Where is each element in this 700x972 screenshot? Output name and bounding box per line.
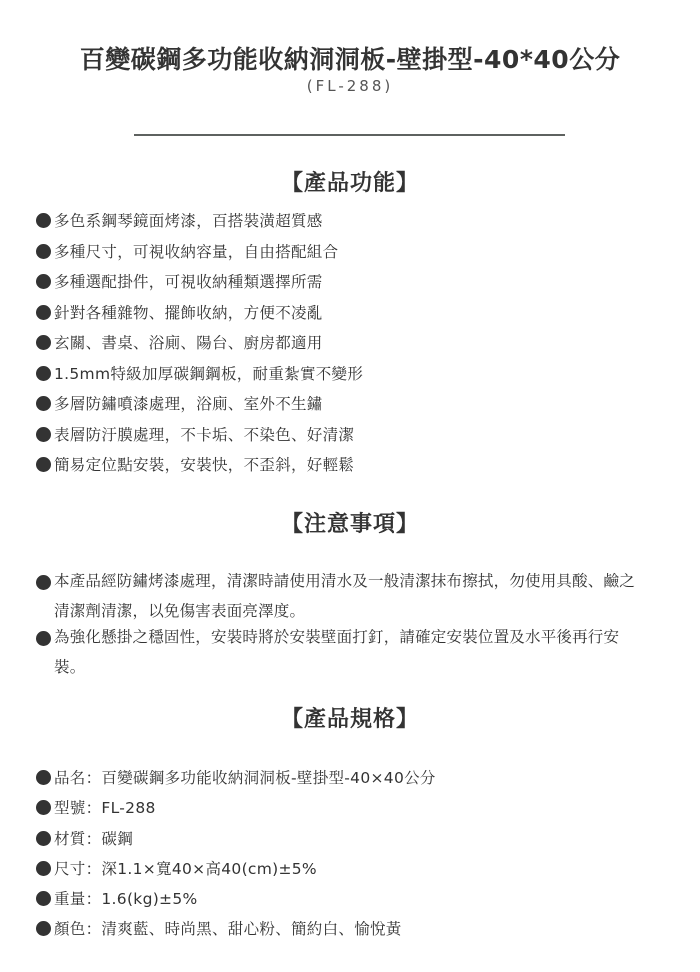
spec-item-colors: 顏色：清爽藍、時尚黑、甜心粉、簡約白、愉悅黃	[36, 917, 436, 947]
bullet-icon	[36, 213, 51, 228]
bullet-icon	[36, 396, 51, 411]
spec-item-weight: 重量：1.6(kg)±5%	[36, 887, 436, 917]
bullet-icon	[36, 861, 51, 876]
bullet-icon	[36, 891, 51, 906]
bullet-icon	[36, 335, 51, 350]
notes-list: 本產品經防鏽烤漆處理，清潔時請使用清水及一般清潔抹布擦拭，勿使用具酸、鹼之清潔劑…	[36, 573, 644, 685]
bullet-icon	[36, 770, 51, 785]
bullet-icon	[36, 575, 51, 590]
feature-item: 玄關、書桌、浴廁、陽台、廚房都適用	[36, 331, 363, 362]
specs-heading: 【產品規格】	[0, 702, 700, 733]
features-heading: 【產品功能】	[0, 166, 700, 197]
spec-item-size: 尺寸：深1.1×寬40×高40(cm)±5%	[36, 857, 436, 887]
product-model-number: (FL-288)	[0, 77, 700, 95]
note-item: 為強化懸掛之穩固性，安裝時將於安裝壁面打釘，請確定安裝位置及水平後再行安裝。	[36, 629, 644, 682]
feature-item: 1.5mm特級加厚碳鋼鋼板，耐重紮實不變形	[36, 362, 363, 393]
bullet-icon	[36, 366, 51, 381]
bullet-icon	[36, 631, 51, 646]
spec-item-model: 型號：FL-288	[36, 796, 436, 826]
features-list: 多色系鋼琴鏡面烤漆，百搭裝潢超質感 多種尺寸，可視收納容量，自由搭配組合 多種選…	[36, 209, 363, 484]
bullet-icon	[36, 831, 51, 846]
notes-heading: 【注意事項】	[0, 507, 700, 538]
feature-item: 表層防汙膜處理，不卡垢、不染色、好清潔	[36, 423, 363, 454]
product-title: 百變碳鋼多功能收納洞洞板-壁掛型-40*40公分	[0, 40, 700, 76]
feature-item: 多種尺寸，可視收納容量，自由搭配組合	[36, 240, 363, 271]
bullet-icon	[36, 244, 51, 259]
feature-item: 多色系鋼琴鏡面烤漆，百搭裝潢超質感	[36, 209, 363, 240]
divider-line	[134, 134, 565, 136]
specs-list: 品名：百變碳鋼多功能收納洞洞板-壁掛型-40×40公分 型號：FL-288 材質…	[36, 766, 436, 948]
feature-item: 多層防鏽噴漆處理，浴廁、室外不生鏽	[36, 392, 363, 423]
bullet-icon	[36, 274, 51, 289]
bullet-icon	[36, 800, 51, 815]
spec-item-name: 品名：百變碳鋼多功能收納洞洞板-壁掛型-40×40公分	[36, 766, 436, 796]
feature-item: 簡易定位點安裝，安裝快，不歪斜，好輕鬆	[36, 453, 363, 484]
bullet-icon	[36, 921, 51, 936]
bullet-icon	[36, 427, 51, 442]
spec-item-material: 材質：碳鋼	[36, 827, 436, 857]
feature-item: 多種選配掛件，可視收納種類選擇所需	[36, 270, 363, 301]
feature-item: 針對各種雜物、擺飾收納，方便不凌亂	[36, 301, 363, 332]
bullet-icon	[36, 305, 51, 320]
note-item: 本產品經防鏽烤漆處理，清潔時請使用清水及一般清潔抹布擦拭，勿使用具酸、鹼之清潔劑…	[36, 573, 644, 626]
bullet-icon	[36, 457, 51, 472]
